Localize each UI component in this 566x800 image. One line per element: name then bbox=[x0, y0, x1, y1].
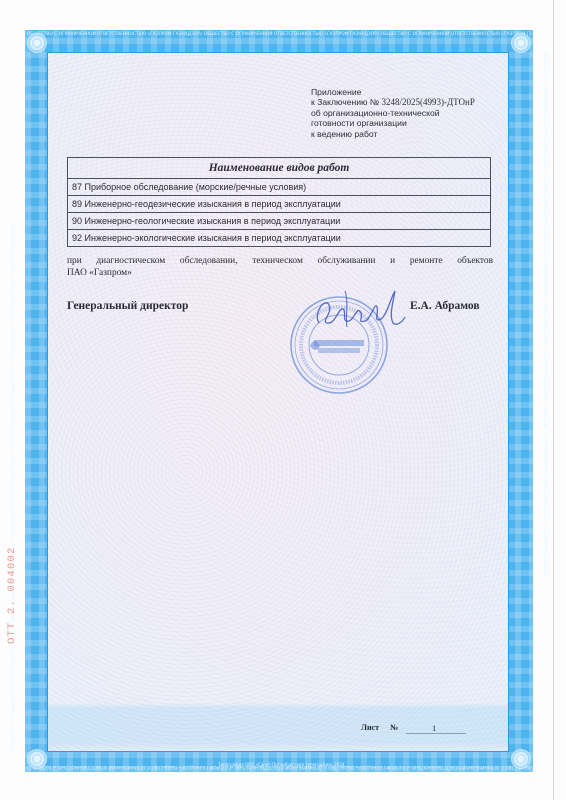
sheet-number-underline bbox=[406, 733, 466, 734]
sheet-number-sign: № bbox=[390, 723, 398, 732]
rosette-icon bbox=[27, 33, 47, 53]
border-microtext-right: ОБЩЕСТВО С ОГРАНИЧЕННОЙ ОТВЕТСТВЕННОСТЬЮ… bbox=[544, 51, 549, 751]
border-microtext-top: ОБЩЕСТВО С ОГРАНИЧЕННОЙ ОТВЕТСТВЕННОСТЬЮ… bbox=[27, 31, 531, 36]
work-item: 90 Инженерно-геологические изыскания в п… bbox=[68, 213, 491, 230]
rosette-icon bbox=[511, 749, 531, 769]
annex-line-4: готовности организации bbox=[311, 118, 511, 128]
signatory-name: Е.А. Абрамов bbox=[410, 300, 480, 312]
conclusion-number: 3248/2025(4993)-ДТОнР bbox=[382, 97, 475, 107]
border-microtext-left: ОБЩЕСТВО С ОГРАНИЧЕННОЙ ОТВЕТСТВЕННОСТЬЮ… bbox=[11, 51, 16, 751]
annex-header: Приложение к Заключению № 3248/2025(4993… bbox=[311, 87, 511, 139]
rosette-icon bbox=[27, 749, 47, 769]
work-item: 87 Приборное обследование (морские/речны… bbox=[68, 179, 491, 196]
printer-note: Типография ООО «Санкт-Петербургская типо… bbox=[218, 762, 358, 767]
work-item: 89 Инженерно-геодезические изыскания в п… bbox=[68, 196, 491, 213]
annex-line-1: Приложение bbox=[311, 87, 511, 97]
paper-edge bbox=[553, 0, 554, 800]
table-row: 89 Инженерно-геодезические изыскания в п… bbox=[68, 196, 491, 213]
rosette-icon bbox=[511, 33, 531, 53]
sheet-number: 1 bbox=[432, 723, 436, 733]
signatory-title: Генеральный директор bbox=[67, 300, 188, 312]
scope-line-1: при диагностическом обследовании, технич… bbox=[67, 255, 493, 267]
annex-line-3: об организационно-технической bbox=[311, 108, 511, 118]
annex-line-5: к ведению работ bbox=[311, 129, 511, 139]
works-table-header: Наименование видов работ bbox=[68, 158, 491, 179]
scope-paragraph: при диагностическом обследовании, технич… bbox=[67, 255, 493, 279]
table-row: 90 Инженерно-геологические изыскания в п… bbox=[68, 213, 491, 230]
form-serial-number: ОТТ 2. 004002 bbox=[6, 524, 18, 644]
annex-line-2: к Заключению № 3248/2025(4993)-ДТОнР bbox=[311, 97, 511, 107]
table-row: 87 Приборное обследование (морские/речны… bbox=[68, 179, 491, 196]
work-item: 92 Инженерно-экологические изыскания в п… bbox=[68, 230, 491, 247]
scope-line-2: ПАО «Газпром» bbox=[67, 268, 132, 278]
sheet-label: Лист bbox=[361, 723, 379, 732]
table-row: 92 Инженерно-экологические изыскания в п… bbox=[68, 230, 491, 247]
works-table: Наименование видов работ 87 Приборное об… bbox=[67, 157, 491, 247]
signature-icon bbox=[305, 283, 415, 333]
